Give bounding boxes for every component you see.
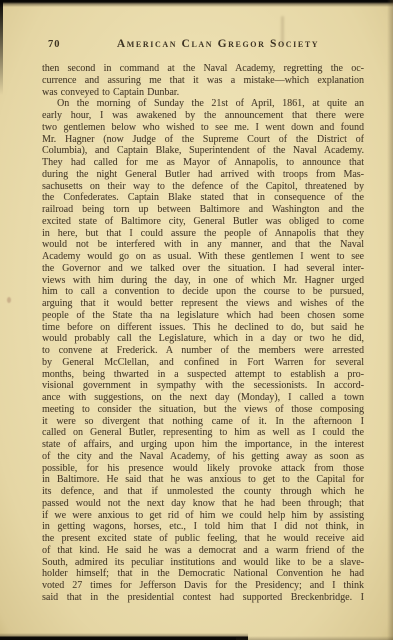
text-line: sachusetts on their way to the defence o… xyxy=(42,181,364,193)
text-line: the present excited state of public feel… xyxy=(42,533,364,545)
scan-edge-bottom-right xyxy=(236,636,393,640)
text-line: Mr. Hagner (now Judge of the Supreme Cou… xyxy=(42,134,364,146)
text-line: possible, for his presence would likely … xyxy=(42,463,364,475)
text-line: the Governor and we talked over the situ… xyxy=(42,263,364,275)
text-line: currence and assuring me that it was a m… xyxy=(42,75,364,87)
text-line: meeting to consider the situation, but t… xyxy=(42,404,364,416)
text-line: views with him during the day, in one of… xyxy=(42,275,364,287)
text-line: in here, but that I could assure the peo… xyxy=(42,228,364,240)
text-line: excited state of Baltimore city, General… xyxy=(42,216,364,228)
text-line: it were so divergent that nothing came o… xyxy=(42,416,364,428)
text-line: passed would not the next day know that … xyxy=(42,498,364,510)
text-line: its defence, and that if unmolested the … xyxy=(42,486,364,498)
text-line: the Confederates. Captain Blake stated t… xyxy=(42,192,364,204)
text-line: two gentlemen below who wished to see me… xyxy=(42,122,364,134)
text-line: early hour, I was awakened by the announ… xyxy=(42,110,364,122)
text-line: They had called for me as Mayor of Annap… xyxy=(42,157,364,169)
text-line: of the city and the Naval Academy, of hi… xyxy=(42,451,364,463)
text-line: ance with suggestions, on the next day (… xyxy=(42,392,364,404)
page-number: 70 xyxy=(48,39,61,50)
page-header: 70 American Clan Gregor Society xyxy=(42,38,364,52)
text-line: by General McClellan, and confined in Fo… xyxy=(42,357,364,369)
text-line: Columbia), and Captain Blake, Superinten… xyxy=(42,145,364,157)
text-line: holder himself; that in the Democratic N… xyxy=(42,568,364,580)
text-line: On the morning of Sunday the 21st of Apr… xyxy=(42,98,364,110)
text-line: then second in command at the Naval Acad… xyxy=(42,63,364,75)
text-line: of that kind. He said he was a democrat … xyxy=(42,545,364,557)
scan-speck xyxy=(7,297,11,303)
text-line: in Baltimore. He said that he was anxiou… xyxy=(42,474,364,486)
text-line: would probably call the Legislature, whi… xyxy=(42,333,364,345)
text-line: time before on different issues. This he… xyxy=(42,322,364,334)
text-line: voted 27 times for Jefferson Davis for t… xyxy=(42,580,364,592)
text-line: him to call a convention to decide upon … xyxy=(42,286,364,298)
scan-edge-left xyxy=(0,0,3,95)
text-line: Academy would go on as usual. With these… xyxy=(42,251,364,263)
text-line: state of affairs, and urging upon him th… xyxy=(42,439,364,451)
scan-edge-bottom xyxy=(0,633,248,640)
text-line: would not be interfered with in any mann… xyxy=(42,239,364,251)
book-page-scan: 70 American Clan Gregor Society then sec… xyxy=(0,0,393,640)
text-line: called on General Butler, representing t… xyxy=(42,427,364,439)
page-text: then second in command at the Naval Acad… xyxy=(42,63,364,604)
text-line: visional government in sympathy with the… xyxy=(42,380,364,392)
text-line: in getting wagons, horses, etc., I told … xyxy=(42,521,364,533)
text-line: if we were anxious to get rid of him we … xyxy=(42,510,364,522)
scan-edge-top xyxy=(0,0,393,7)
text-line: to convene at Frederick. A number of the… xyxy=(42,345,364,357)
text-line: during the night General Butler had arri… xyxy=(42,169,364,181)
text-line: railroad being torn up between Baltimore… xyxy=(42,204,364,216)
text-line: months, being thwarted in a suspected at… xyxy=(42,369,364,381)
scan-edge-right xyxy=(387,0,393,640)
text-line: South, admired its peculiar institutions… xyxy=(42,557,364,569)
text-line: people of the State tha na legislature w… xyxy=(42,310,364,322)
text-line: was conveyed to Captain Dunbar. xyxy=(42,87,364,99)
printed-content: 70 American Clan Gregor Society then sec… xyxy=(42,38,364,604)
running-title: American Clan Gregor Society xyxy=(117,38,319,50)
text-line: said that in the presidential contest ha… xyxy=(42,592,364,604)
text-line: arguing that it would better represent t… xyxy=(42,298,364,310)
